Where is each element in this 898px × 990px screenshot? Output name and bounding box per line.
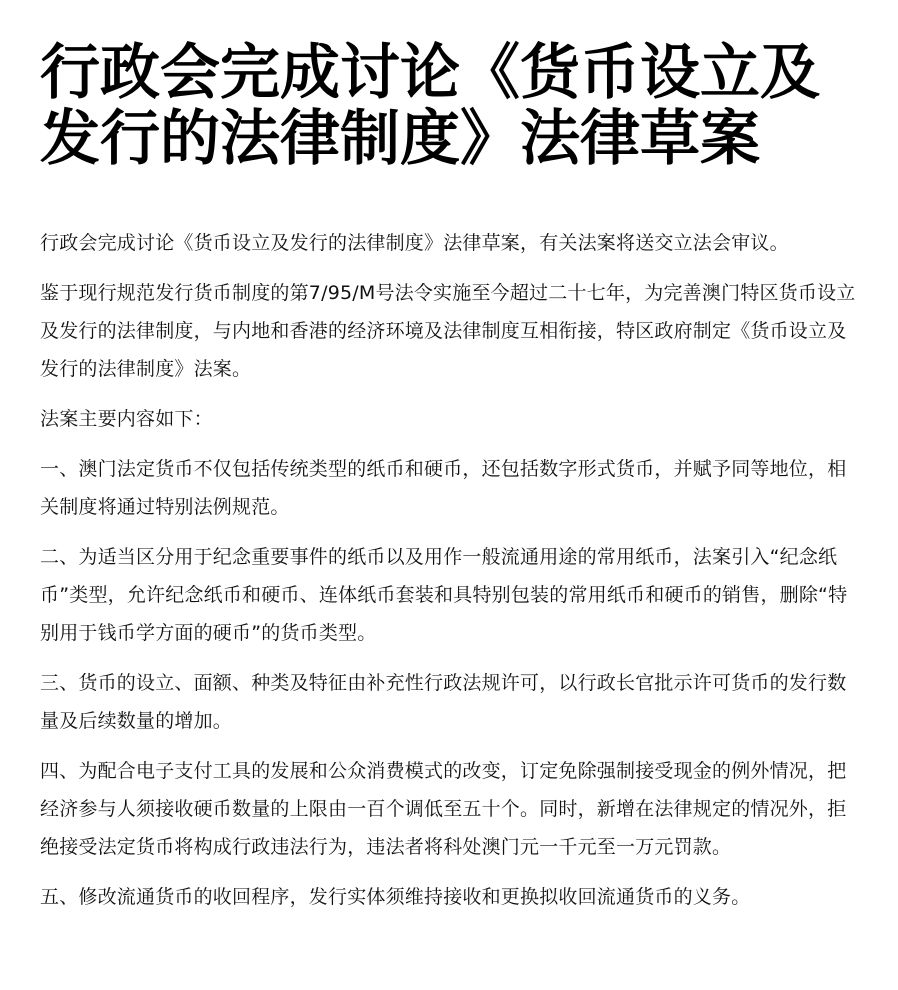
- article-body: 行政会完成讨论《货币设立及发行的法律制度》法律草案，有关法案将送交立法会审议。 …: [40, 224, 858, 916]
- paragraph-summary-heading: 法案主要内容如下：: [40, 400, 858, 438]
- headline: 行政会完成讨论《货币设立及发行的法律制度》法律草案: [40, 40, 840, 172]
- paragraph-background: 鉴于现行规范发行货币制度的第7/95/M号法令实施至今超过二十七年，为完善澳门特…: [40, 274, 858, 388]
- article: 行政会完成讨论《货币设立及发行的法律制度》法律草案 行政会完成讨论《货币设立及发…: [0, 0, 898, 916]
- paragraph-point-3: 三、货币的设立、面额、种类及特征由补充性行政法规许可，以行政长官批示许可货币的发…: [40, 664, 858, 740]
- paragraph-point-4: 四、为配合电子支付工具的发展和公众消费模式的改变，订定免除强制接受现金的例外情况…: [40, 752, 858, 866]
- paragraph-intro: 行政会完成讨论《货币设立及发行的法律制度》法律草案，有关法案将送交立法会审议。: [40, 224, 858, 262]
- paragraph-point-5: 五、修改流通货币的收回程序，发行实体须维持接收和更换拟收回流通货币的义务。: [40, 878, 858, 916]
- paragraph-point-2: 二、为适当区分用于纪念重要事件的纸币以及用作一般流通用途的常用纸币，法案引入“纪…: [40, 538, 858, 652]
- paragraph-point-1: 一、澳门法定货币不仅包括传统类型的纸币和硬币，还包括数字形式货币，并赋予同等地位…: [40, 450, 858, 526]
